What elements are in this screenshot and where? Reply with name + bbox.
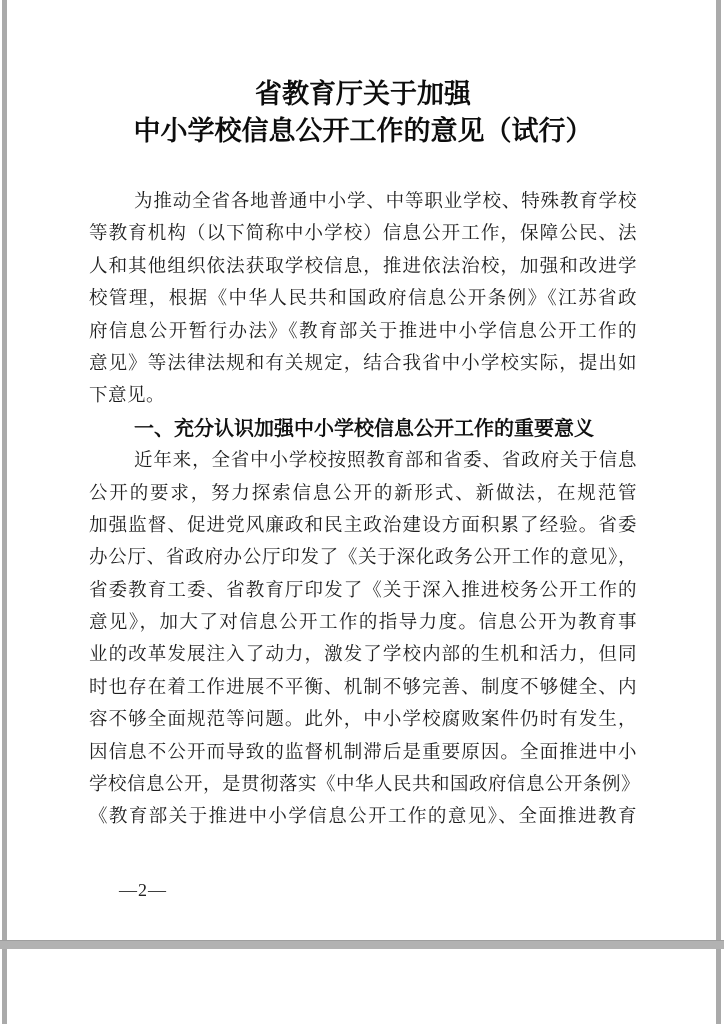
document-line: 人和其他组织依法获取学校信息，推进依法治校，加强和改进学 <box>89 251 637 283</box>
document-line: 等教育机构（以下简称中小学校）信息公开工作，保障公民、法 <box>89 218 637 250</box>
document-title-line-2: 中小学校信息公开工作的意见（试行） <box>89 113 637 150</box>
document-line: 办公厅、省政府办公厅印发了《关于深化政务公开工作的意见》， <box>89 542 637 574</box>
page-number: —2— <box>119 880 167 901</box>
document-title: 省教育厅关于加强 中小学校信息公开工作的意见（试行） <box>89 76 637 150</box>
page-edge-left <box>2 0 7 1024</box>
document-page: 省教育厅关于加强 中小学校信息公开工作的意见（试行） 为推动全省各地普通中小学、… <box>0 0 724 1024</box>
document-line: 业的改革发展注入了动力，激发了学校内部的生机和活力，但同 <box>89 639 637 671</box>
document-line: 《教育部关于推进中小学信息公开工作的意见》、全面推进教育 <box>89 801 637 833</box>
document-line: 下意见。 <box>89 380 637 412</box>
document-line: 意见》等法律法规和有关规定，结合我省中小学校实际，提出如 <box>89 348 637 380</box>
page-edge-right <box>716 0 721 1024</box>
document-line: 容不够全面规范等问题。此外，中小学校腐败案件仍时有发生， <box>89 704 637 736</box>
document-line: 公开的要求，努力探索信息公开的新形式、新做法，在规范管理、 <box>89 478 637 510</box>
page-separator <box>0 940 724 949</box>
next-page-top <box>7 949 716 1024</box>
document-line: 因信息不公开而导致的监督机制滞后是重要原因。全面推进中小 <box>89 737 637 769</box>
document-line: 校管理，根据《中华人民共和国政府信息公开条例》《江苏省政 <box>89 283 637 315</box>
document-line: 时也存在着工作进展不平衡、机制不够完善、制度不够健全、内 <box>89 672 637 704</box>
document-line: 省委教育工委、省教育厅印发了《关于深入推进校务公开工作的 <box>89 575 637 607</box>
document-line: 为推动全省各地普通中小学、中等职业学校、特殊教育学校 <box>89 186 637 218</box>
document-line: 府信息公开暂行办法》《教育部关于推进中小学信息公开工作的 <box>89 316 637 348</box>
document-line: 学校信息公开，是贯彻落实《中华人民共和国政府信息公开条例》 <box>89 769 637 801</box>
document-line: 近年来，全省中小学校按照教育部和省委、省政府关于信息 <box>89 445 637 477</box>
document-line: 意见》，加大了对信息公开工作的指导力度。信息公开为教育事 <box>89 607 637 639</box>
document-line: 一、充分认识加强中小学校信息公开工作的重要意义 <box>89 413 637 445</box>
document-title-line-1: 省教育厅关于加强 <box>89 76 637 113</box>
body-text: 为推动全省各地普通中小学、中等职业学校、特殊教育学校等教育机构（以下简称中小学校… <box>89 186 637 834</box>
document-line: 加强监督、促进党风廉政和民主政治建设方面积累了经验。省委 <box>89 510 637 542</box>
